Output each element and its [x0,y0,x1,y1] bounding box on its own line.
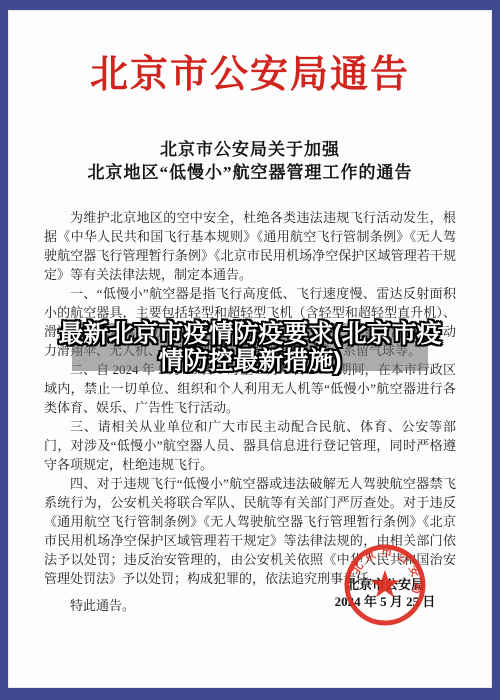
watermark-headline-line-1: 最新北京市疫情防疫要求(北京市疫 [30,321,470,348]
red-star-icon [371,570,400,597]
notice-paragraph-item-3: 三、请相关从业单位和广大市民主动配合民航、体育、公安等部门，对涉及“低慢小”航空… [44,417,456,474]
watermark-headline: 最新北京市疫情防疫要求(北京市疫 情防控最新措施) [30,321,470,375]
screenshot-frame: 北京市公安局通告 北京市公安局关于加强 北京地区“低慢小”航空器管理工作的通告 … [0,0,500,700]
notice-paragraph-intro: 为维护北京地区的空中安全，杜绝各类违法违规飞行活动发生，根据《中华人民共和国飞行… [44,208,456,284]
official-seal: 北京市公安局 [333,533,437,637]
notice-title: 北京市公安局通告 [8,56,492,96]
notice-subtitle-line-1: 北京市公安局关于加强 [8,138,492,161]
notice-subtitle-line-2: 北京地区“低慢小”航空器管理工作的通告 [8,161,492,184]
notice-subtitle: 北京市公安局关于加强 北京地区“低慢小”航空器管理工作的通告 [8,138,492,184]
watermark-headline-line-2: 情防控最新措施) [30,348,470,375]
